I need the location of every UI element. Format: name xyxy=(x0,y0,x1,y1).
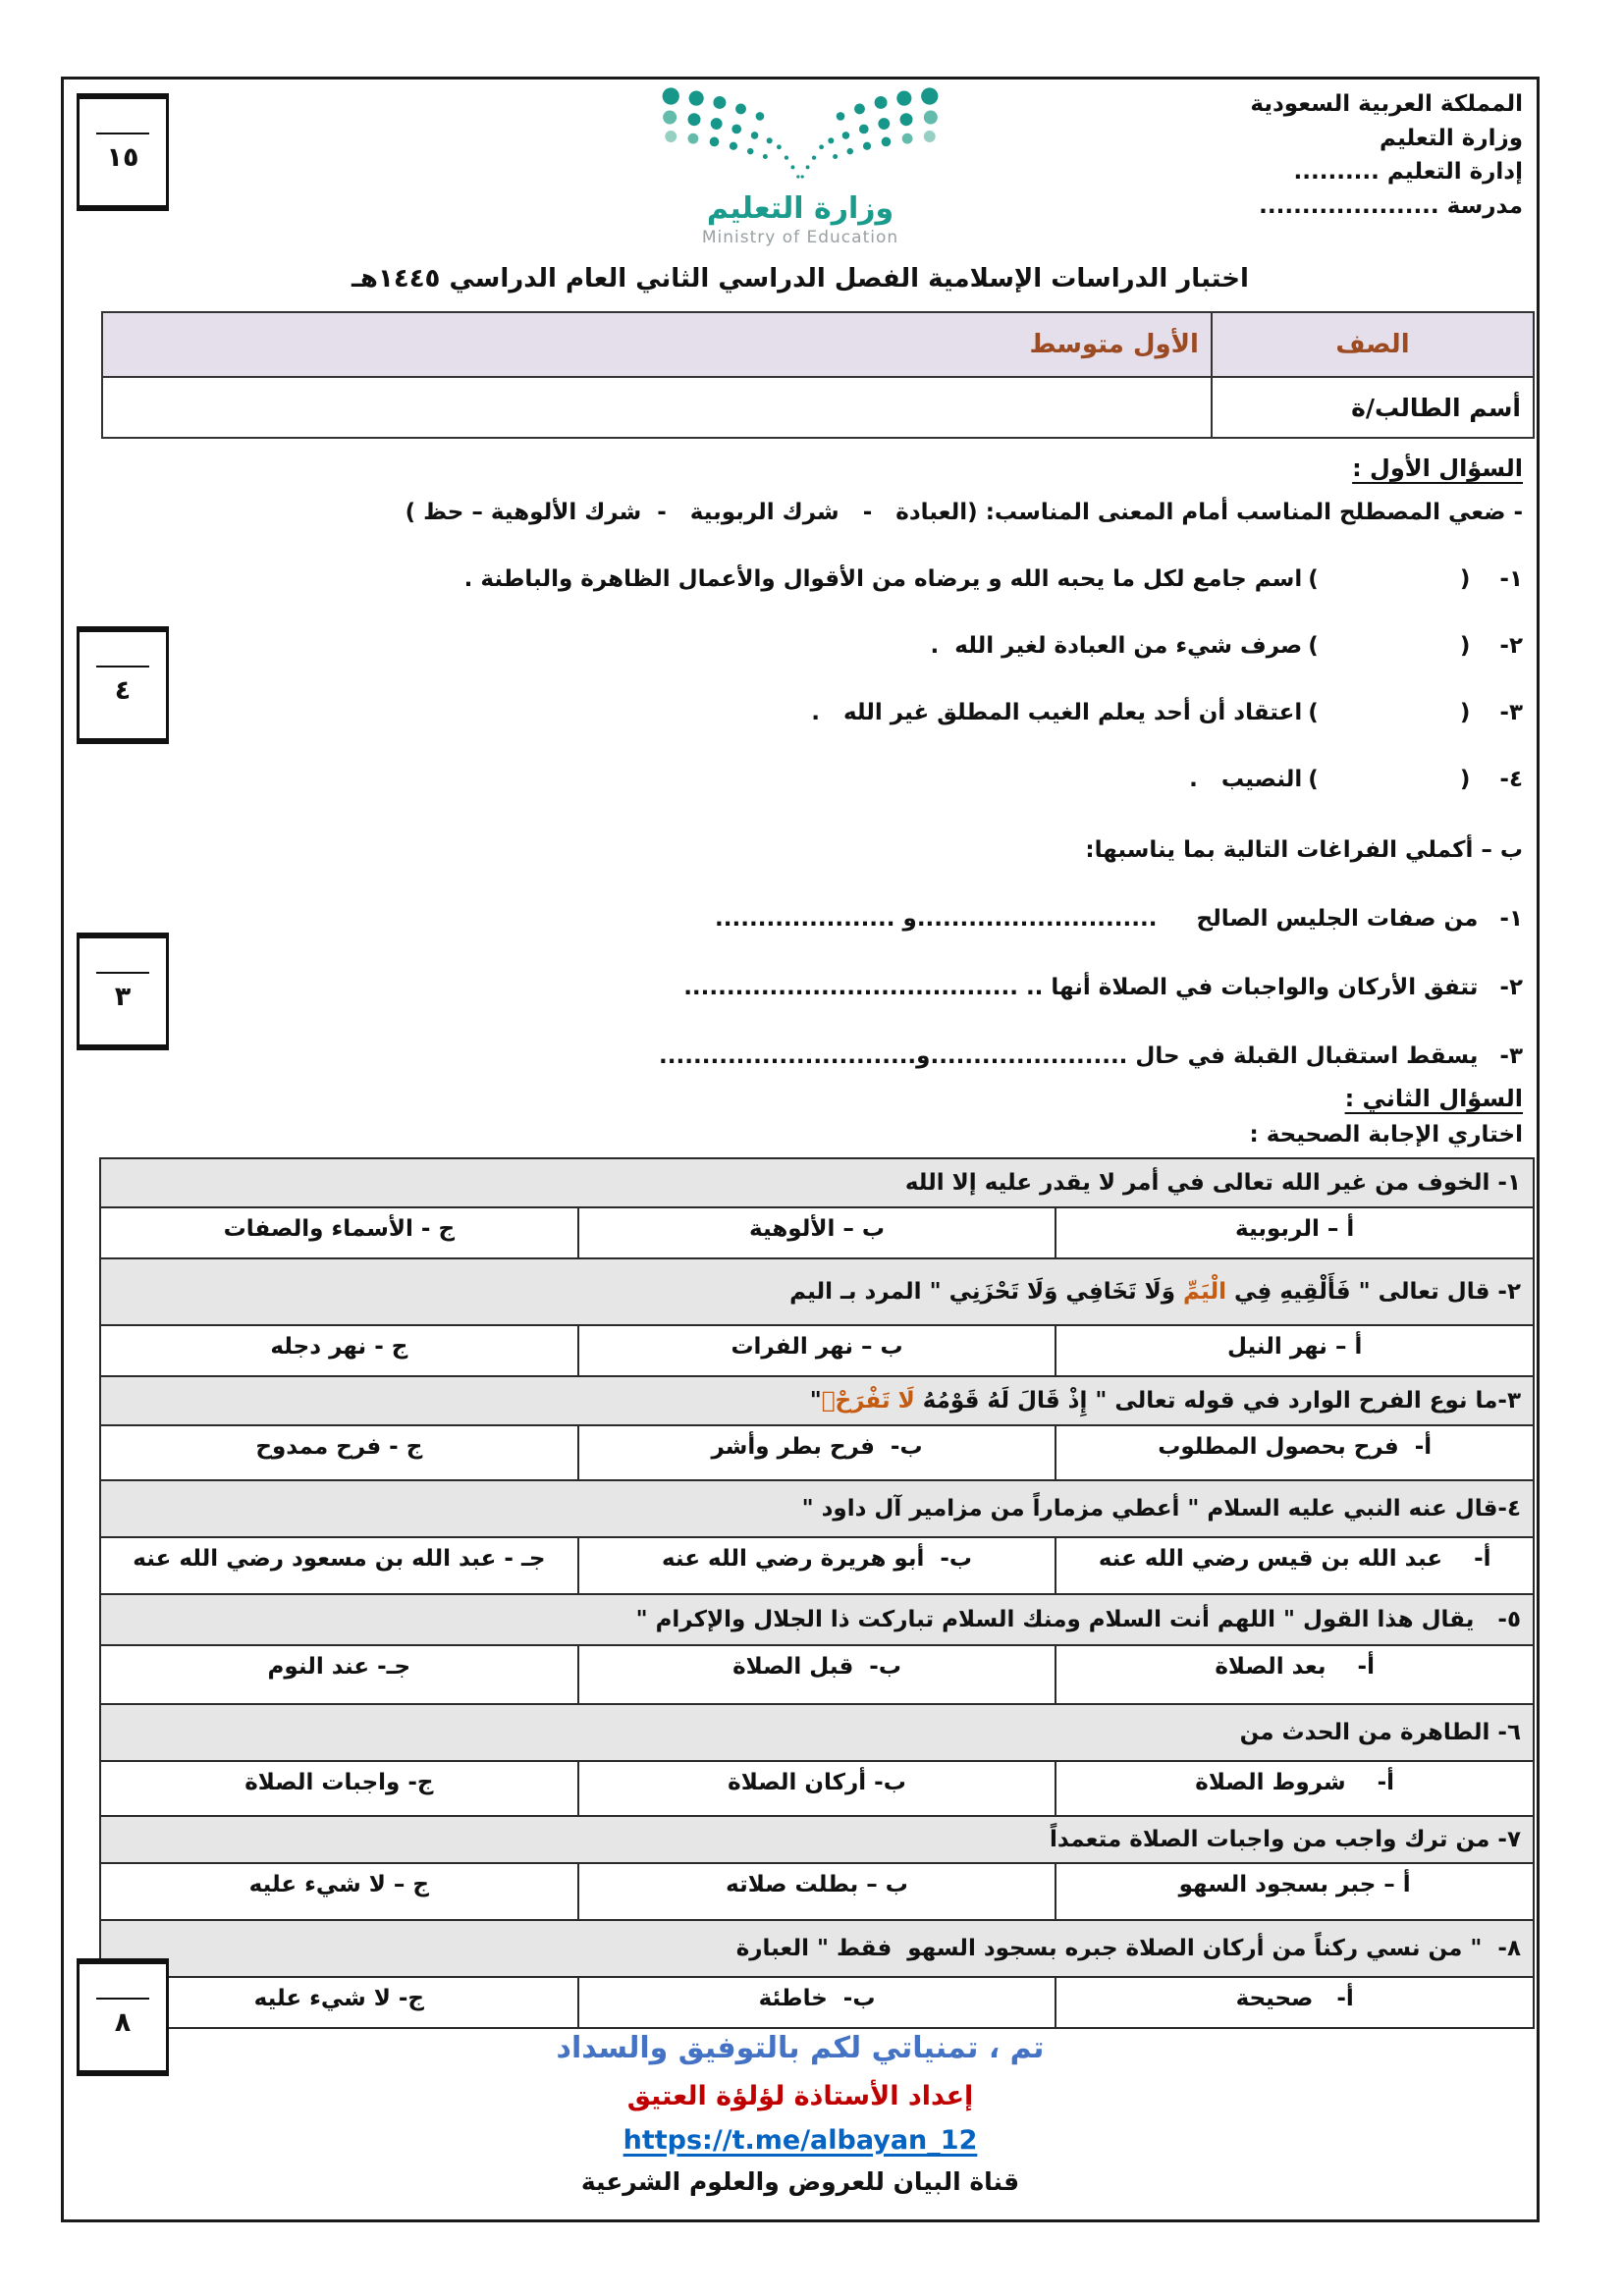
item-text: صرف شيء من العبادة لغير الله . xyxy=(931,633,1303,659)
question-row: ٥- يقال هذا القول " اللهم أنت السلام ومن… xyxy=(100,1594,1534,1645)
fill-blank-item: ٢-تتفق الأركان والواجبات في الصلاة أنها … xyxy=(191,975,1523,1000)
question-row: ٧- من ترك واجب من واجبات الصلاة متعمداً xyxy=(100,1816,1534,1863)
question-2-instruction: اختاري الإجابة الصحيحة : xyxy=(191,1122,1523,1148)
answer-blank[interactable]: ( ) xyxy=(1308,700,1470,725)
fill-blank-text[interactable]: من صفات الجليس الصالح ..................… xyxy=(715,906,1478,932)
option-cell-c[interactable]: ج- واجبات الصلاة xyxy=(100,1761,578,1816)
question-row: ٤-قال عنه النبي عليه السلام " أعطي مزمار… xyxy=(100,1480,1534,1537)
option-cell-b[interactable]: ب- قبل الصلاة xyxy=(578,1645,1056,1704)
fill-blank-item: ١-من صفات الجليس الصالح ................… xyxy=(191,906,1523,932)
match-item: ٢-( )صرف شيء من العبادة لغير الله . xyxy=(191,633,1523,659)
item-text: اعتقاد أن أحد يعلم الغيب المطلق غير الله… xyxy=(811,700,1302,725)
option-cell-b[interactable]: ب- فرح بطر وأشر xyxy=(578,1425,1056,1480)
option-cell-a[interactable]: أ – الربوبية xyxy=(1056,1207,1534,1258)
question-1-section: السؤال الأول : - ضعي المصطلح المناسب أما… xyxy=(64,439,1537,1148)
item-text: اسم جامع لكل ما يحبه الله و يرضاه من الأ… xyxy=(464,566,1303,592)
option-cell-c[interactable]: ج - نهر دجله xyxy=(100,1325,578,1376)
question-2-heading: السؤال الثاني : xyxy=(1345,1085,1523,1112)
score-box-part-b: ٣ xyxy=(77,933,169,1050)
question-text: ١- الخوف من غير الله تعالى في أمر لا يقد… xyxy=(905,1170,1521,1196)
question-highlight: الْيَمِّ xyxy=(1183,1279,1226,1305)
answer-blank[interactable]: ( ) xyxy=(1308,566,1470,592)
question-row: ٦- الطاهرة من الحدث من xyxy=(100,1704,1534,1761)
question-1-instruction: - ضعي المصطلح المناسب أمام المعنى المناس… xyxy=(191,500,1523,525)
ministry-logo: وزارة التعليم Ministry of Education xyxy=(633,83,967,247)
kingdom-line: المملكة العربية السعودية xyxy=(1250,87,1523,122)
question-text: وَلَا تَخَافِي وَلَا تَحْزَنِي " المرد ب… xyxy=(789,1279,1183,1305)
question-text: ٣-ما نوع الفرح الوارد في قوله تعالى " إِ… xyxy=(915,1388,1521,1414)
option-cell-b[interactable]: ب- أركان الصلاة xyxy=(578,1761,1056,1816)
item-number: ٢- xyxy=(1499,975,1523,1000)
option-cell-a[interactable]: أ- شروط الصلاة xyxy=(1056,1761,1534,1816)
option-cell-a[interactable]: أ- عبد الله بن قيس رضي الله عنه xyxy=(1056,1537,1534,1594)
answer-blank[interactable]: ( ) xyxy=(1308,767,1470,792)
option-cell-c[interactable]: جـ - عبد الله بن مسعود رضي الله عنه xyxy=(100,1537,578,1594)
option-cell-c[interactable]: ج - فرح ممدوح xyxy=(100,1425,578,1480)
question-text: ٤-قال عنه النبي عليه السلام " أعطي مزمار… xyxy=(802,1496,1521,1522)
question-1-heading: السؤال الأول : xyxy=(1352,454,1523,482)
ministry-logo-icon xyxy=(653,83,947,189)
student-info-table: الصف الأول متوسط أسم الطالب/ة xyxy=(101,311,1535,439)
student-name-field[interactable] xyxy=(102,377,1212,438)
option-cell-b[interactable]: ب – الألوهية xyxy=(578,1207,1056,1258)
score-line xyxy=(96,972,149,974)
mcq-table: ١- الخوف من غير الله تعالى في أمر لا يقد… xyxy=(99,1157,1535,2029)
footer-channel-line: قناة البيان للعروض والعلوم الشرعية xyxy=(64,2167,1537,2196)
question-text: ٨- " من نسي ركناً من أركان الصلاة جبره ب… xyxy=(736,1936,1521,1961)
class-label: الصف xyxy=(1212,312,1534,377)
item-number: ١- xyxy=(1499,566,1523,592)
option-cell-c[interactable]: ج- لا شيء عليه xyxy=(100,1977,578,2028)
option-cell-a[interactable]: أ – جبر بسجود السهو xyxy=(1056,1863,1534,1920)
question-text: ٦- الطاهرة من الحدث من xyxy=(1240,1720,1521,1745)
item-text: النصيب . xyxy=(1189,767,1302,792)
item-number: ٣- xyxy=(1499,700,1523,725)
question-row: ٣-ما نوع الفرح الوارد في قوله تعالى " إِ… xyxy=(100,1376,1534,1425)
part-b-heading: ب – أكملي الفراغات التالية بما يناسبها: xyxy=(191,837,1523,863)
match-item: ٤-( )النصيب . xyxy=(191,767,1523,792)
question-text: ٥- يقال هذا القول " اللهم أنت السلام ومن… xyxy=(636,1607,1521,1632)
fill-blank-text[interactable]: يسقط استقبال القبلة في حال .............… xyxy=(659,1043,1478,1069)
score-part-b-value: ٣ xyxy=(115,982,131,1012)
match-item: ١-( )اسم جامع لكل ما يحبه الله و يرضاه م… xyxy=(191,566,1523,592)
option-cell-a[interactable]: أ- فرح بحصول المطلوب xyxy=(1056,1425,1534,1480)
footer-author-line: إعداد الأستاذة لؤلؤة العتيق xyxy=(64,2081,1537,2111)
answer-blank[interactable]: ( ) xyxy=(1308,633,1470,659)
option-cell-b[interactable]: ب- أبو هريرة رضي الله عنه xyxy=(578,1537,1056,1594)
logo-arabic-wordmark: وزارة التعليم xyxy=(633,191,967,226)
option-cell-c[interactable]: ج – لا شيء عليه xyxy=(100,1863,578,1920)
ministry-line: وزارة التعليم xyxy=(1250,122,1523,156)
telegram-link[interactable]: https://t.me/albayan_12 xyxy=(623,2125,978,2156)
option-cell-b[interactable]: ب – بطلت صلاته xyxy=(578,1863,1056,1920)
page-frame: ١٥ ٤ ٣ ٨ المملكة العربية السعودية وزارة … xyxy=(61,77,1540,2222)
question-row: ١- الخوف من غير الله تعالى في أمر لا يقد… xyxy=(100,1158,1534,1207)
class-value: الأول متوسط xyxy=(102,312,1212,377)
score-box-part-a: ٤ xyxy=(77,626,169,744)
edu-admin-line: إدارة التعليم .......... xyxy=(1250,155,1523,189)
score-line xyxy=(96,1998,149,2000)
exam-page: ١٥ ٤ ٣ ٨ المملكة العربية السعودية وزارة … xyxy=(0,0,1624,2296)
option-cell-a[interactable]: أ- صحيحة xyxy=(1056,1977,1534,2028)
option-cell-c[interactable]: جـ- عند النوم xyxy=(100,1645,578,1704)
question-row: ٢- قال تعالى " فَأَلْقِيهِ فِي الْيَمِّ … xyxy=(100,1258,1534,1325)
option-cell-c[interactable]: ج - الأسماء والصفات xyxy=(100,1207,578,1258)
option-cell-a[interactable]: أ- بعد الصلاة xyxy=(1056,1645,1534,1704)
header: المملكة العربية السعودية وزارة التعليم إ… xyxy=(64,80,1537,264)
question-text: ٧- من ترك واجب من واجبات الصلاة متعمداً xyxy=(1050,1827,1521,1852)
score-part-a-value: ٤ xyxy=(115,675,131,706)
question-text: ٢- قال تعالى " فَأَلْقِيهِ فِي xyxy=(1226,1279,1521,1305)
logo-english-wordmark: Ministry of Education xyxy=(633,228,967,247)
option-cell-b[interactable]: ب- خاطئة xyxy=(578,1977,1056,2028)
question-text: " xyxy=(810,1388,822,1414)
score-line xyxy=(96,666,149,667)
item-number: ١- xyxy=(1499,906,1523,932)
fill-blank-text[interactable]: تتفق الأركان والواجبات في الصلاة أنها ..… xyxy=(683,975,1478,1000)
exam-title: اختبار الدراسات الإسلامية الفصل الدراسي … xyxy=(64,264,1537,294)
fill-blank-item: ٣-يسقط استقبال القبلة في حال ...........… xyxy=(191,1043,1523,1069)
option-cell-a[interactable]: أ – نهر النيل xyxy=(1056,1325,1534,1376)
item-number: ٤- xyxy=(1499,767,1523,792)
school-line: مدرسة ..................... xyxy=(1250,189,1523,224)
question-row: ٨- " من نسي ركناً من أركان الصلاة جبره ب… xyxy=(100,1920,1534,1977)
question-highlight: لَا تَفْرَحْۖ xyxy=(822,1388,915,1414)
item-number: ٢- xyxy=(1499,633,1523,659)
item-number: ٣- xyxy=(1499,1043,1523,1069)
footer: تم ، تمنياتي لكم بالتوفيق والسداد إعداد … xyxy=(64,2031,1537,2196)
match-item: ٣-( )اعتقاد أن أحد يعلم الغيب المطلق غير… xyxy=(191,700,1523,725)
option-cell-b[interactable]: ب – نهر الفرات xyxy=(578,1325,1056,1376)
footer-wishes-line: تم ، تمنياتي لكم بالتوفيق والسداد xyxy=(64,2031,1537,2065)
student-name-label: أسم الطالب/ة xyxy=(1212,377,1534,438)
ministry-header-text: المملكة العربية السعودية وزارة التعليم إ… xyxy=(1250,87,1523,223)
